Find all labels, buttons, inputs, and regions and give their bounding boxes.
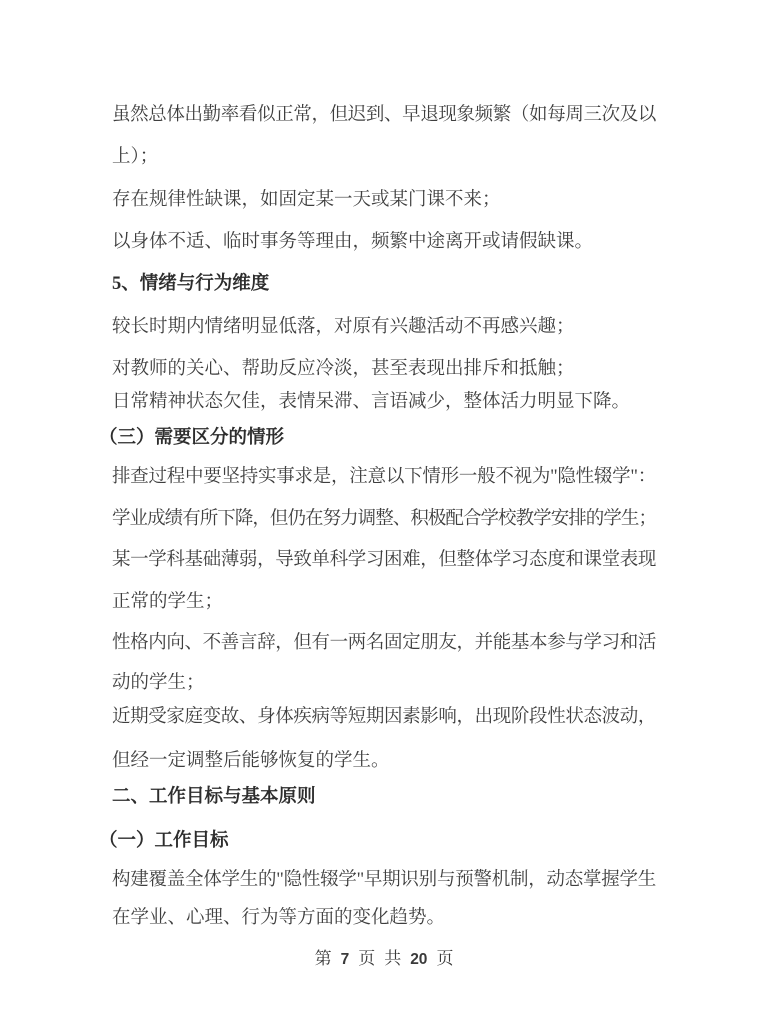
text-line: 学业成绩有所下降，但仍在努力调整、积极配合学校教学安排的学生；	[112, 509, 656, 530]
heading-line: 5、情绪与行为维度	[112, 274, 269, 295]
text-line: 较长时期内情绪明显低落，对原有兴趣活动不再感兴趣；	[112, 317, 575, 338]
text-line: 以身体不适、临时事务等理由，频繁中途离开或请假缺课。	[112, 232, 593, 253]
footer-label: 页	[436, 944, 453, 969]
heading-line: 二、工作目标与基本原则	[112, 787, 316, 808]
page-footer: 第7页共20页	[0, 944, 768, 969]
text-line: 在学业、心理、行为等方面的变化趋势。	[112, 908, 445, 929]
total-pages: 20	[410, 951, 427, 969]
footer-label: 共	[384, 944, 401, 969]
text-line: 排查过程中要坚持实事求是，注意以下情形一般不视为"隐性辍学"：	[112, 467, 656, 488]
footer-label: 页	[358, 944, 375, 969]
page-number: 7	[341, 951, 350, 969]
heading-line: （一）工作目标	[99, 831, 229, 852]
document-page: 虽然总体出勤率看似正常，但迟到、早退现象频繁（如每周三次及以上）；存在规律性缺课…	[0, 0, 768, 1024]
text-line: 上）；	[112, 147, 158, 168]
footer-label: 第	[315, 944, 332, 969]
text-line: 近期受家庭变故、身体疾病等短期因素影响，出现阶段性状态波动，	[112, 707, 656, 728]
text-line: 但经一定调整后能够恢复的学生。	[112, 751, 390, 772]
text-line: 存在规律性缺课，如固定某一天或某门课不来；	[112, 190, 501, 211]
text-line: 正常的学生；	[112, 592, 223, 613]
text-line: 某一学科基础薄弱，导致单科学习困难，但整体学习态度和课堂表现	[112, 550, 656, 571]
text-line: 日常精神状态欠佳，表情呆滞、言语减少，整体活力明显下降。	[112, 392, 630, 413]
text-line: 虽然总体出勤率看似正常，但迟到、早退现象频繁（如每周三次及以	[112, 105, 656, 126]
text-line: 对教师的关心、帮助反应冷淡，甚至表现出排斥和抵触；	[112, 359, 575, 380]
text-line: 构建覆盖全体学生的"隐性辍学"早期识别与预警机制，动态掌握学生	[112, 870, 656, 891]
heading-line: （三）需要区分的情形	[99, 428, 284, 449]
text-line: 动的学生；	[112, 673, 205, 694]
text-line: 性格内向、不善言辞，但有一两名固定朋友，并能基本参与学习和活	[112, 633, 656, 654]
